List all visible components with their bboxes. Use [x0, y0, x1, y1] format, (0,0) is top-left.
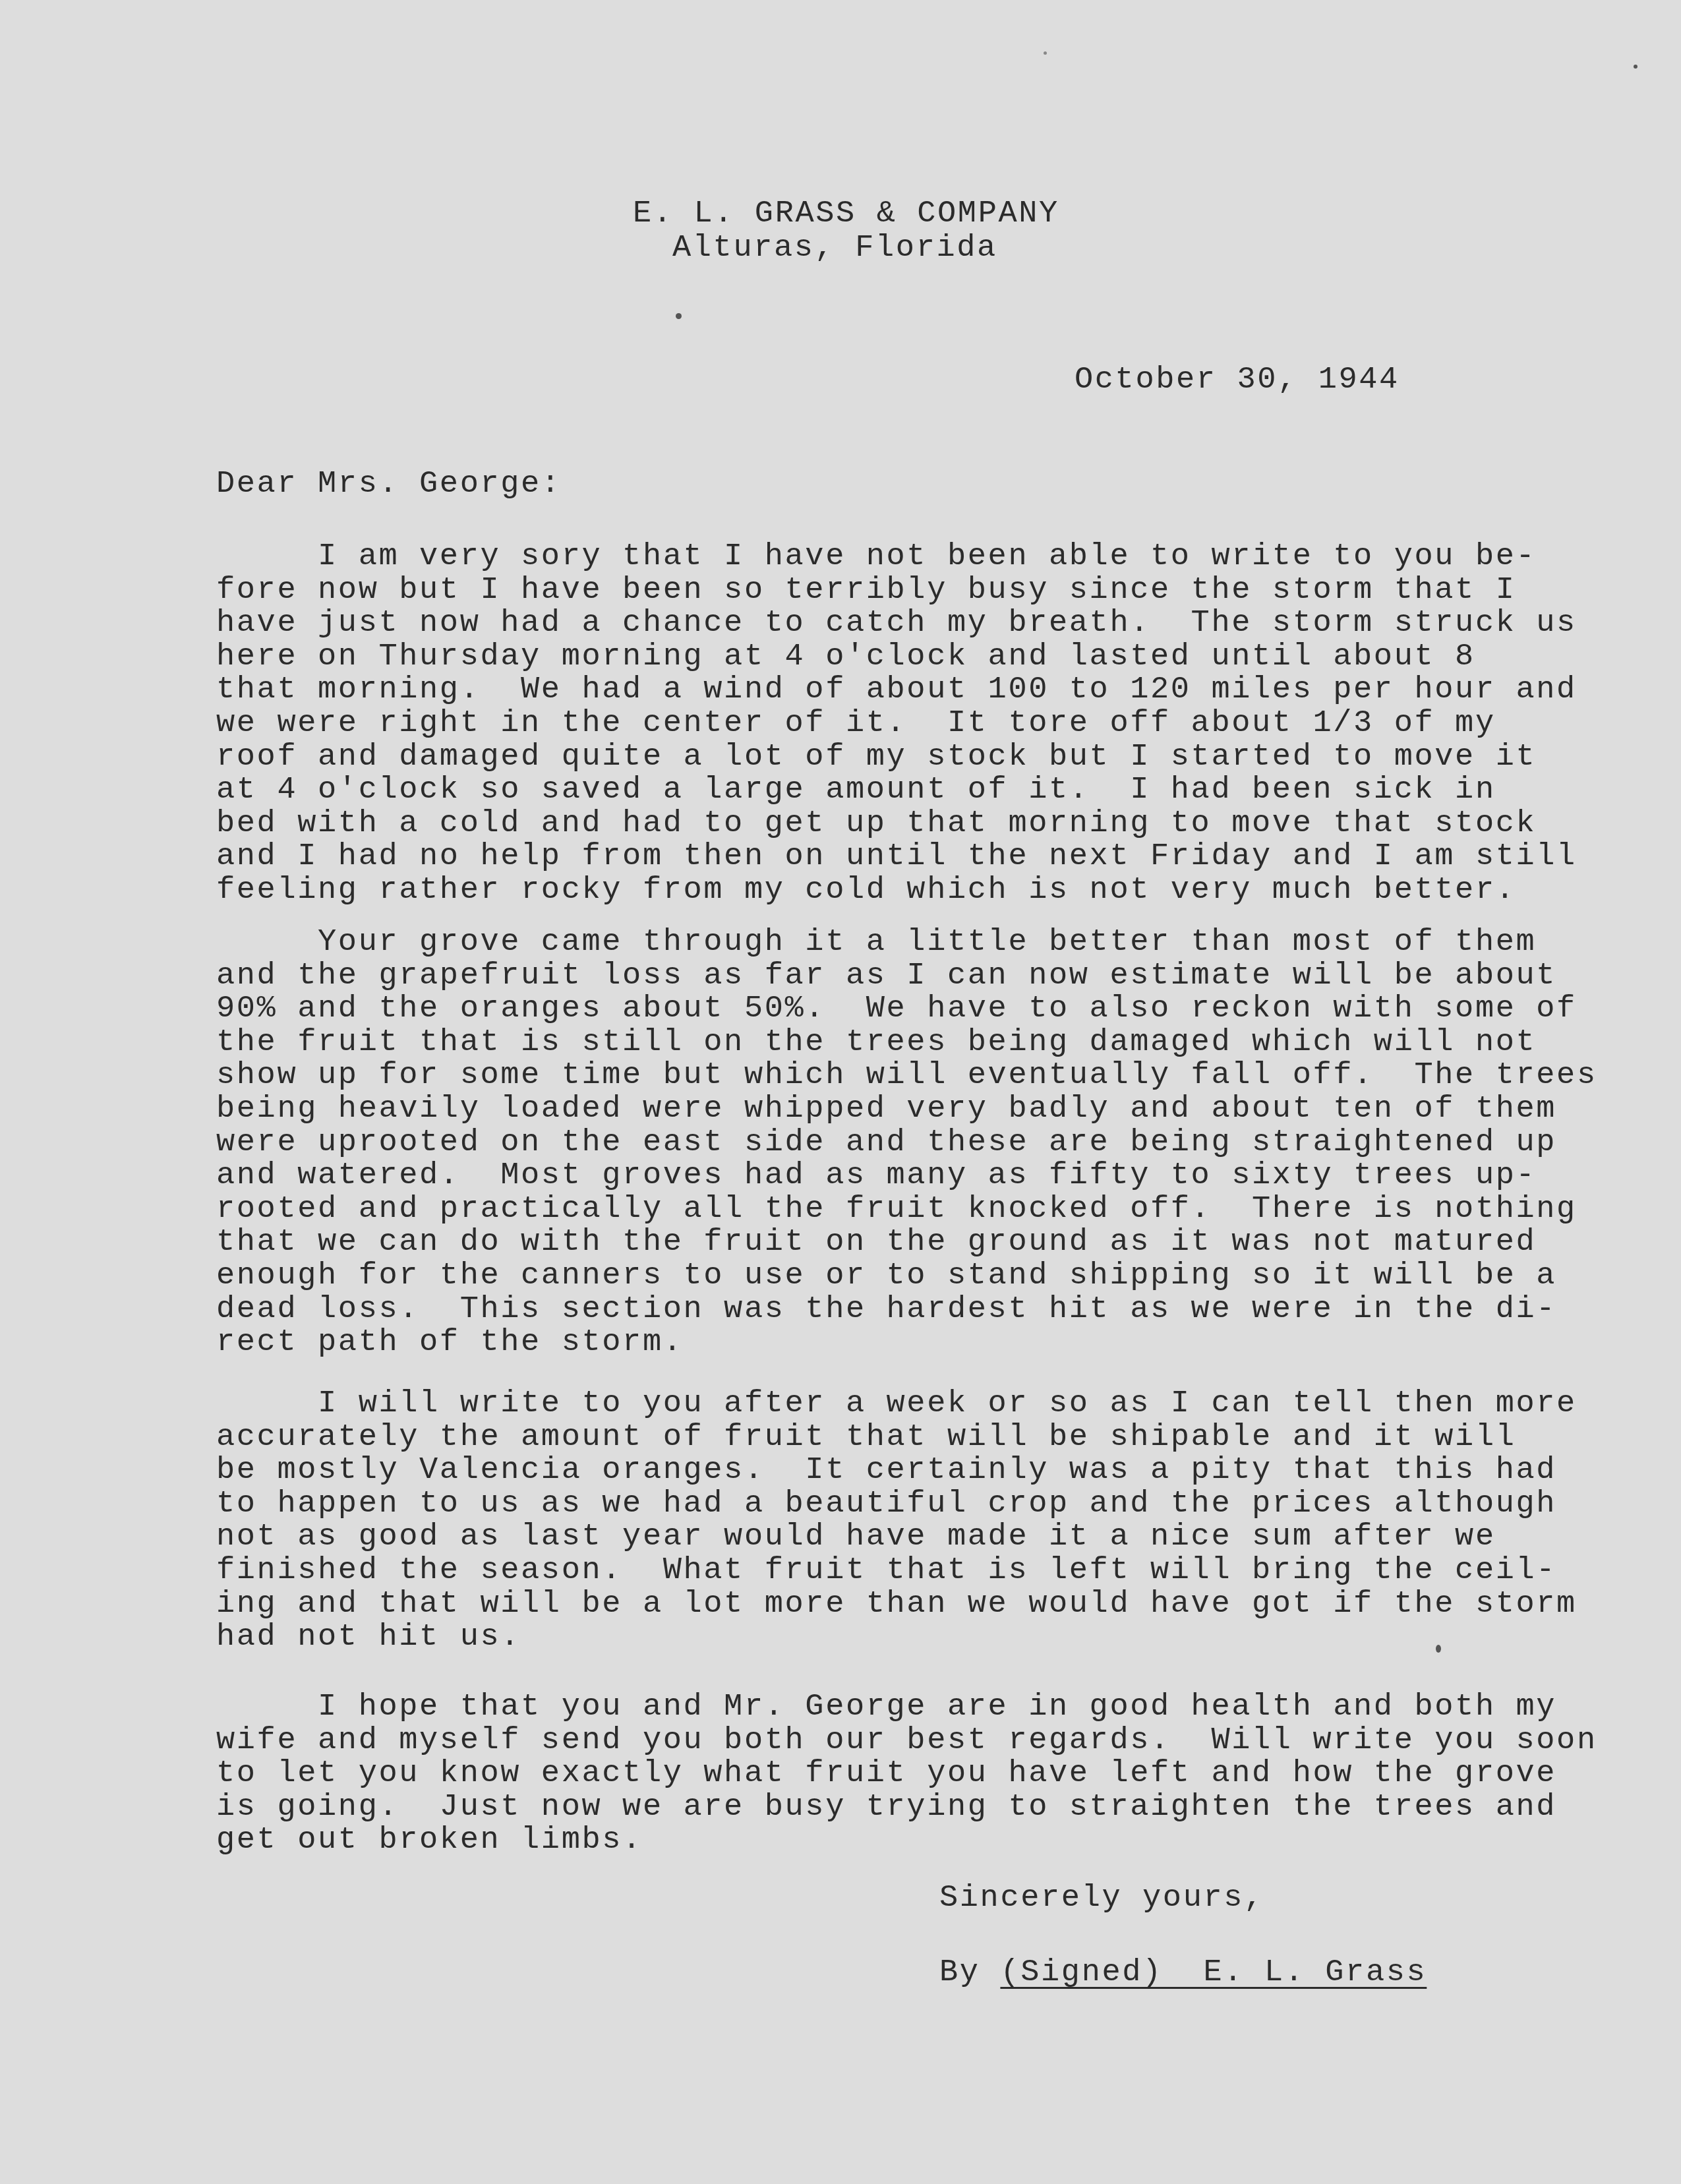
text-line: show up for some time but which will eve… — [216, 1059, 1597, 1093]
text-line: have just now had a chance to catch my b… — [216, 607, 1577, 641]
signature-prefix: By — [939, 1955, 1000, 1990]
text-line: here on Thursday morning at 4 o'clock an… — [216, 641, 1577, 674]
ink-speck — [1044, 51, 1047, 55]
text-line: being heavily loaded were whipped very b… — [216, 1093, 1597, 1127]
paragraph-4: I hope that you and Mr. George are in go… — [216, 1691, 1597, 1858]
salutation: Dear Mrs. George: — [216, 468, 562, 502]
text-line: had not hit us. — [216, 1621, 1577, 1655]
text-line: is going. Just now we are busy trying to… — [216, 1791, 1597, 1825]
closing: Sincerely yours, — [939, 1882, 1264, 1916]
text-line: be mostly Valencia oranges. It certainly… — [216, 1454, 1577, 1488]
ink-speck — [1634, 65, 1637, 69]
text-line: ing and that will be a lot more than we … — [216, 1588, 1577, 1622]
paragraph-2: Your grove came through it a little bett… — [216, 926, 1597, 1360]
text-line: fore now but I have been so terribly bus… — [216, 574, 1577, 608]
text-line: 90% and the oranges about 50%. We have t… — [216, 993, 1597, 1026]
text-line: rooted and practically all the fruit kno… — [216, 1193, 1597, 1227]
text-line: we were right in the center of it. It to… — [216, 707, 1577, 741]
paragraph-1: I am very sory that I have not been able… — [216, 541, 1577, 908]
text-line: that we can do with the fruit on the gro… — [216, 1226, 1597, 1260]
text-line: bed with a cold and had to get up that m… — [216, 808, 1577, 841]
text-line: enough for the canners to use or to stan… — [216, 1260, 1597, 1293]
text-line: wife and myself send you both our best r… — [216, 1725, 1597, 1758]
text-line: and the grapefruit loss as far as I can … — [216, 960, 1597, 993]
text-line: were uprooted on the east side and these… — [216, 1127, 1597, 1160]
ink-speck — [676, 313, 682, 319]
text-line: get out broken limbs. — [216, 1824, 1597, 1858]
company-name: E. L. GRASS & COMPANY — [633, 198, 1059, 231]
text-line: to happen to us as we had a beautiful cr… — [216, 1488, 1577, 1521]
paragraph-3: I will write to you after a week or so a… — [216, 1388, 1577, 1655]
signature-line: By (Signed) E. L. Grass — [939, 1957, 1427, 1990]
text-line: the fruit that is still on the trees bei… — [216, 1026, 1597, 1060]
text-line: Your grove came through it a little bett… — [216, 926, 1597, 960]
text-line: roof and damaged quite a lot of my stock… — [216, 741, 1577, 775]
text-line: to let you know exactly what fruit you h… — [216, 1757, 1597, 1791]
text-line: rect path of the storm. — [216, 1326, 1597, 1360]
text-line: not as good as last year would have made… — [216, 1521, 1577, 1554]
text-line: that morning. We had a wind of about 100… — [216, 674, 1577, 707]
text-line: finished the season. What fruit that is … — [216, 1554, 1577, 1588]
text-line: accurately the amount of fruit that will… — [216, 1421, 1577, 1455]
text-line: and watered. Most groves had as many as … — [216, 1160, 1597, 1193]
letter-page: E. L. GRASS & COMPANY Alturas, Florida O… — [0, 0, 1681, 2184]
signature-name: (Signed) E. L. Grass — [1000, 1955, 1427, 1990]
company-location: Alturas, Florida — [672, 232, 997, 266]
text-line: I hope that you and Mr. George are in go… — [216, 1691, 1597, 1725]
text-line: I am very sory that I have not been able… — [216, 541, 1577, 574]
text-line: dead loss. This section was the hardest … — [216, 1293, 1597, 1327]
text-line: feeling rather rocky from my cold which … — [216, 874, 1577, 908]
ink-speck — [1436, 1645, 1441, 1653]
text-line: and I had no help from then on until the… — [216, 841, 1577, 874]
text-line: at 4 o'clock so saved a large amount of … — [216, 774, 1577, 808]
letter-date: October 30, 1944 — [1075, 364, 1400, 398]
text-line: I will write to you after a week or so a… — [216, 1388, 1577, 1421]
